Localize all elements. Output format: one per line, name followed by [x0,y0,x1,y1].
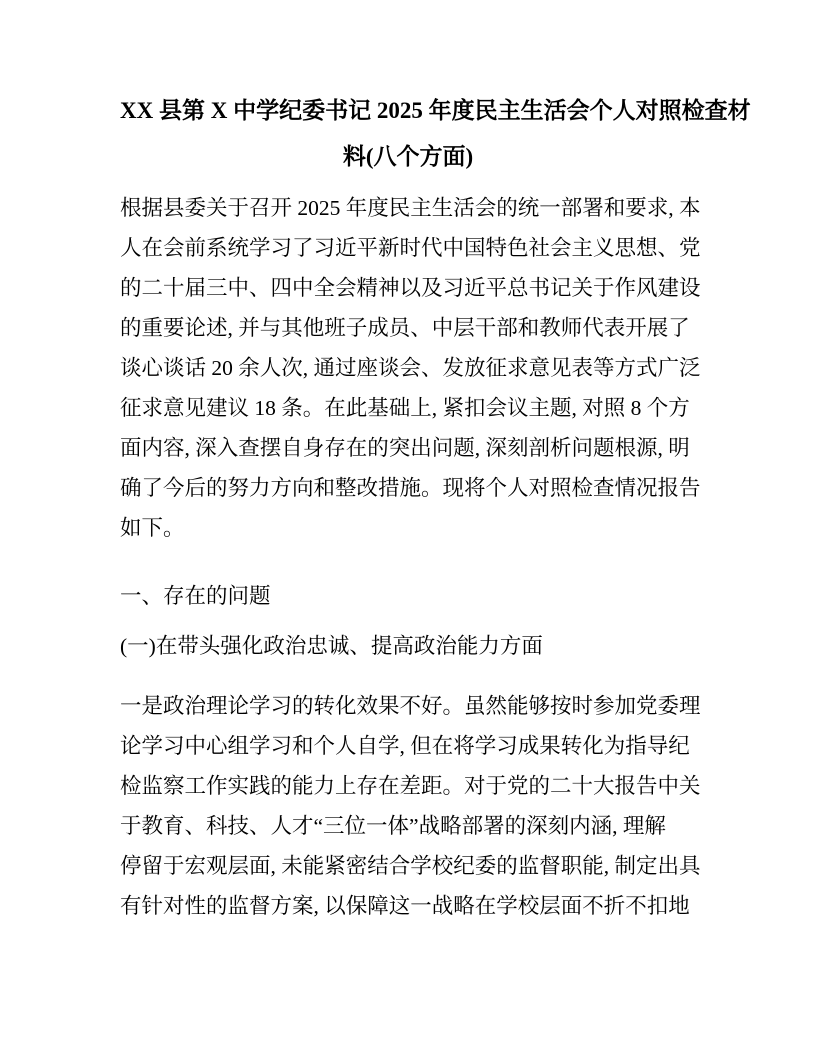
text-line: 征求意见建议 18 条。在此基础上, 紧扣会议主题, 对照 8 个方 [120,388,696,428]
problem-paragraph-1: 一是政治理论学习的转化效果不好。虽然能够按时参加党委理论学习中心组学习和个人自学… [120,686,696,926]
text-line: 一、存在的问题 [120,576,696,616]
intro-paragraph: 根据县委关于召开 2025 年度民主生活会的统一部署和要求, 本人在会前系统学习… [120,188,696,548]
document-title: XX 县第 X 中学纪委书记 2025 年度民主生活会个人对照检查材 料(八个方… [120,88,696,180]
text-line: 一是政治理论学习的转化效果不好。虽然能够按时参加党委理 [120,686,696,726]
text-line: 于教育、科技、人才“三位一体”战略部署的深刻内涵, 理解 [120,806,696,846]
text-line: 有针对性的监督方案, 以保障这一战略在学校层面不折不扣地 [120,886,696,926]
text-line: 如下。 [120,508,696,548]
text-line: 确了今后的努力方向和整改措施。现将个人对照检查情况报告 [120,468,696,508]
title-line: XX 县第 X 中学纪委书记 2025 年度民主生活会个人对照检查材 [120,88,696,134]
document-page: XX 县第 X 中学纪委书记 2025 年度民主生活会个人对照检查材 料(八个方… [0,0,816,1056]
text-line: 停留于宏观层面, 未能紧密结合学校纪委的监督职能, 制定出具 [120,846,696,886]
text-line: 面内容, 深入查摆自身存在的突出问题, 深刻剖析问题根源, 明 [120,428,696,468]
text-line: 根据县委关于召开 2025 年度民主生活会的统一部署和要求, 本 [120,188,696,228]
text-line: 谈心谈话 20 余人次, 通过座谈会、发放征求意见表等方式广泛 [120,348,696,388]
text-line: (一)在带头强化政治忠诚、提高政治能力方面 [120,626,696,666]
section-heading-problems: 一、存在的问题 [120,576,696,616]
text-line: 的二十届三中、四中全会精神以及习近平总书记关于作风建设 [120,268,696,308]
text-line: 人在会前系统学习了习近平新时代中国特色社会主义思想、党 [120,228,696,268]
text-line: 检监察工作实践的能力上存在差距。对于党的二十大报告中关 [120,766,696,806]
document-body: 根据县委关于召开 2025 年度民主生活会的统一部署和要求, 本人在会前系统学习… [120,188,696,926]
text-line: 的重要论述, 并与其他班子成员、中层干部和教师代表开展了 [120,308,696,348]
text-line: 论学习中心组学习和个人自学, 但在将学习成果转化为指导纪 [120,726,696,766]
subsection-heading-political-loyalty: (一)在带头强化政治忠诚、提高政治能力方面 [120,626,696,666]
title-line: 料(八个方面) [120,134,696,180]
